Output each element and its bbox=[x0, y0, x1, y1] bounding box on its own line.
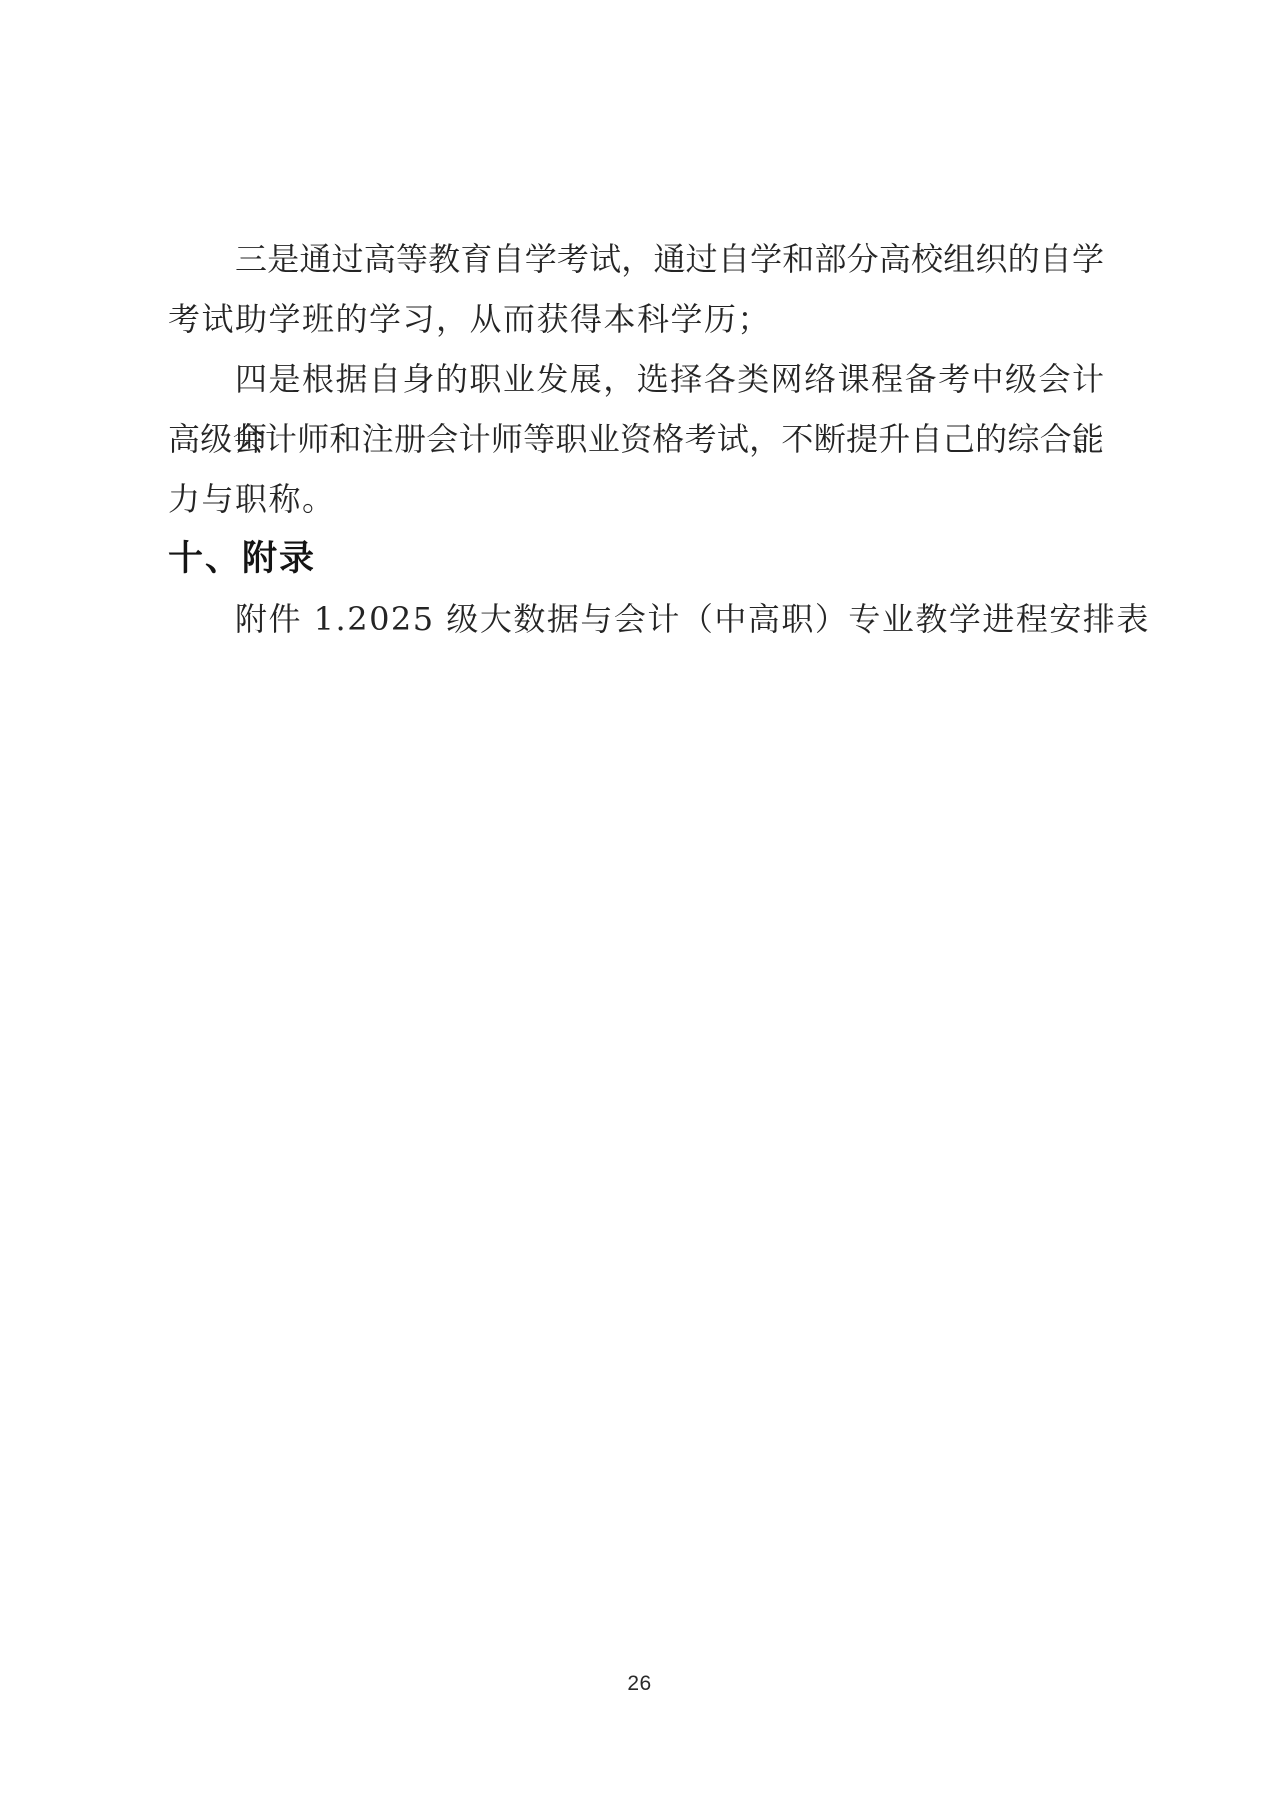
body-text-line: 高级会计师和注册会计师等职业资格考试，不断提升自己的综合能 bbox=[168, 409, 1104, 469]
document-content: 三是通过高等教育自学考试，通过自学和部分高校组织的自学考试助学班的学习，从而获得… bbox=[168, 229, 1104, 649]
page-number: 26 bbox=[627, 1672, 651, 1696]
body-text-line: 力与职称。 bbox=[168, 469, 1104, 529]
page-footer: 26 bbox=[0, 1672, 1279, 1696]
body-text-line: 四是根据自身的职业发展，选择各类网络课程备考中级会计师、 bbox=[168, 349, 1104, 409]
document-page: 三是通过高等教育自学考试，通过自学和部分高校组织的自学考试助学班的学习，从而获得… bbox=[0, 0, 1279, 1809]
body-text-line: 附件 1.2025 级大数据与会计（中高职）专业教学进程安排表 bbox=[168, 589, 1104, 649]
body-text-line: 三是通过高等教育自学考试，通过自学和部分高校组织的自学 bbox=[168, 229, 1104, 289]
section-heading: 十、附录 bbox=[168, 529, 1104, 589]
body-text-line: 考试助学班的学习，从而获得本科学历； bbox=[168, 289, 1104, 349]
